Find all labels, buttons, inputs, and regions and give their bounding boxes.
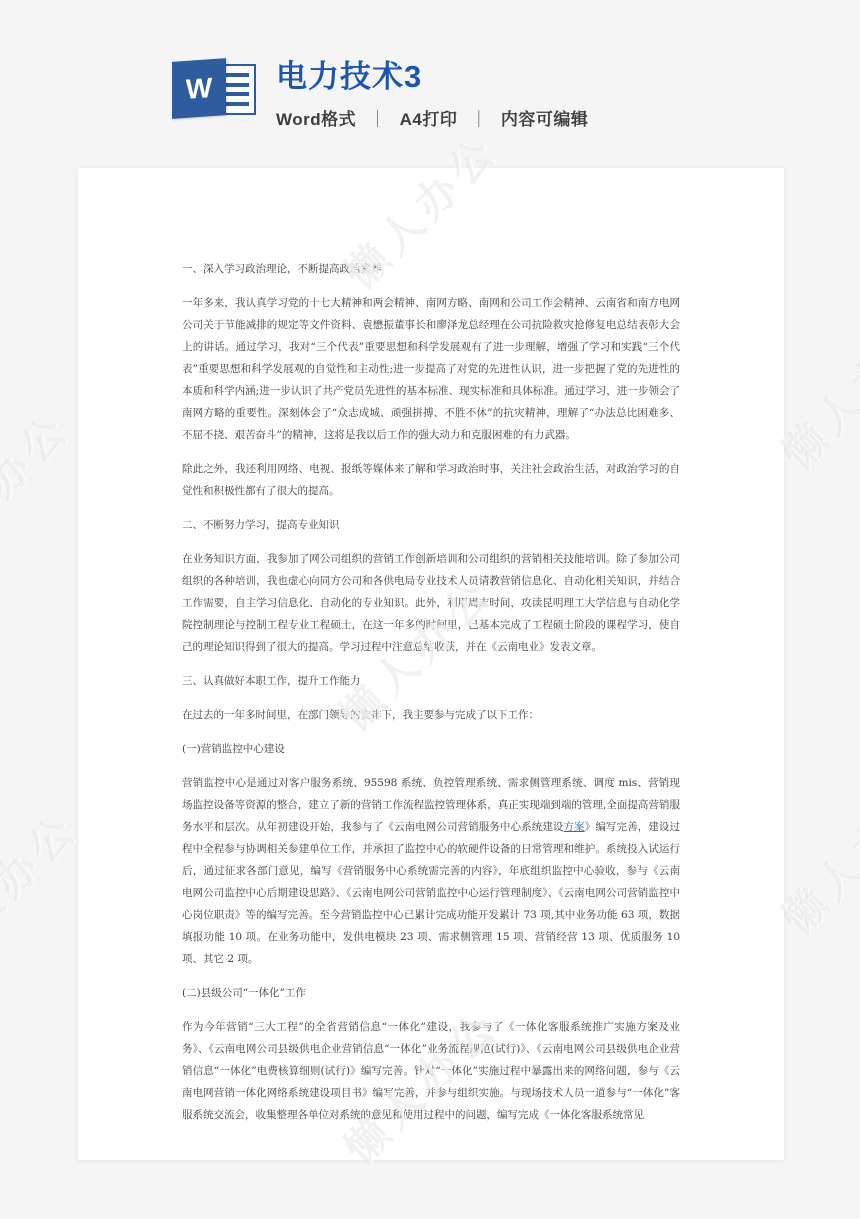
doc-subtitle: Word格式 ｜ A4打印 ｜ 内容可编辑 <box>276 105 588 130</box>
doc-paragraph-5: 营销监控中心是通过对客户服务系统、95598 系统、负控管理系统、需求侧管理系统… <box>182 772 680 970</box>
plan-link[interactable]: 方案 <box>564 821 585 833</box>
doc-paragraph-6: 作为今年营销“三大工程”的全省营销信息“一体化”建设，我参与了《一体化客服系统推… <box>182 1016 680 1126</box>
feature-a4-print: A4打印 <box>400 105 458 130</box>
feature-editable: 内容可编辑 <box>501 105 589 130</box>
doc-heading-3: 三、认真做好本职工作，提升工作能力 <box>182 670 680 692</box>
doc-title: 电力技术3 <box>276 60 588 94</box>
word-icon-letter: W <box>186 72 212 106</box>
doc-subheading-1: (一)营销监控中心建设 <box>182 738 680 760</box>
doc-header: W 电力技术3 Word格式 ｜ A4打印 ｜ 内容可编辑 <box>172 60 588 130</box>
watermark: 懒人办公 <box>0 797 91 978</box>
doc-heading-1: 一、深入学习政治理论，不断提高政治素养 <box>182 258 680 280</box>
subtitle-separator: ｜ <box>470 105 488 130</box>
doc-paragraph-4: 在过去的一年多时间里，在部门领导的安排下，我主要参与完成了以下工作： <box>182 704 680 726</box>
doc-subheading-2: (二)县级公司“一体化”工作 <box>182 982 680 1004</box>
document-page: 一、深入学习政治理论，不断提高政治素养 一年多来，我认真学习党的十七大精神和两会… <box>78 168 784 1160</box>
watermark: 懒人办公 <box>0 397 83 578</box>
doc-heading-2: 二、不断努力学习，提高专业知识 <box>182 514 680 536</box>
doc-paragraph-2: 除此之外，我还利用网络、电视、报纸等媒体来了解和学习政治时事，关注社会政治生活，… <box>182 458 680 502</box>
word-file-icon: W <box>172 60 258 118</box>
feature-word-format: Word格式 <box>276 105 356 130</box>
doc-paragraph-3: 在业务知识方面，我参加了网公司组织的营销工作创新培训和公司组织的营销相关技能培训… <box>182 548 680 658</box>
word-icon-panel: W <box>172 58 226 119</box>
subtitle-separator: ｜ <box>369 105 387 130</box>
doc-paragraph-1: 一年多来，我认真学习党的十七大精神和两会精神、南网方略、南网和公司工作会精神、云… <box>182 292 680 446</box>
paragraph-segment: 》编写完善，建设过程中全程参与协调相关参建单位工作，并承担了监控中心的软硬件设备… <box>182 821 680 965</box>
